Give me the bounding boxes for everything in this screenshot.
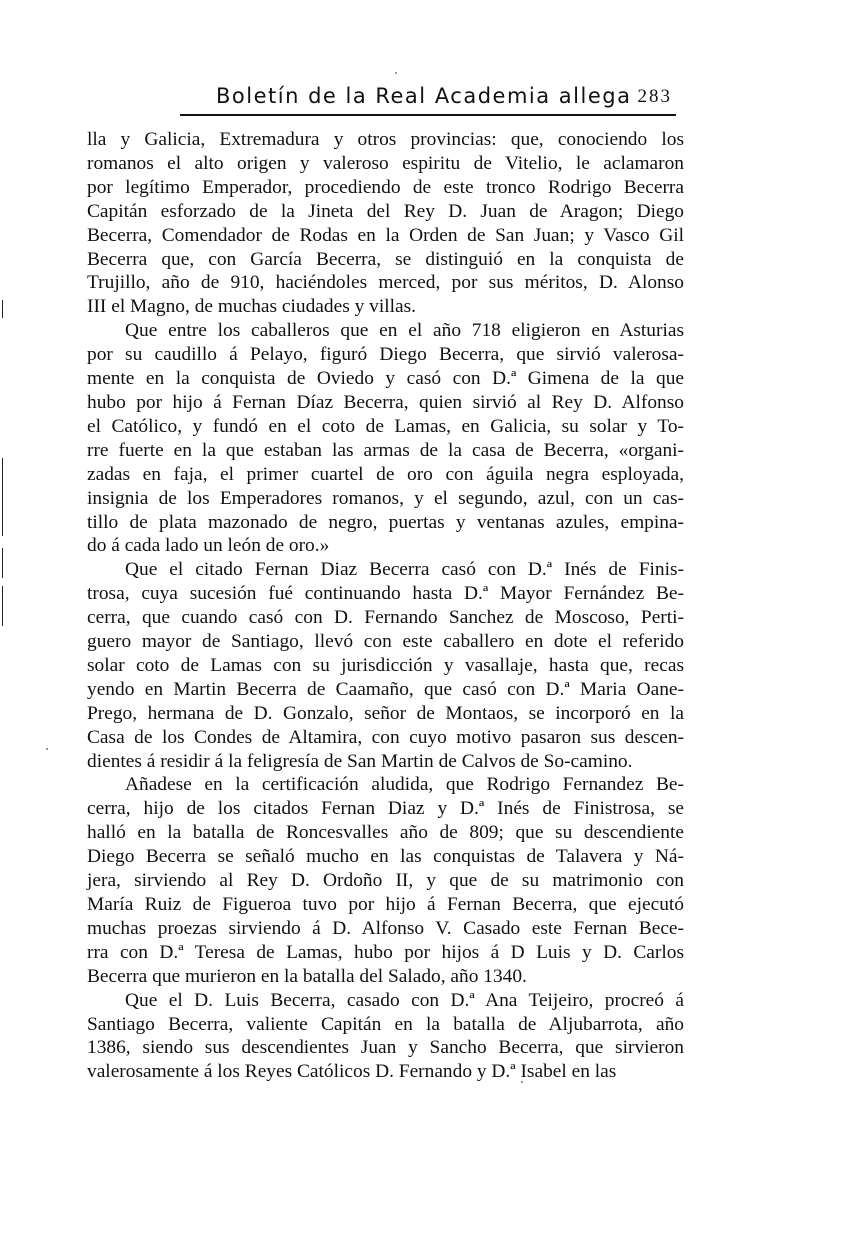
text-line: III el Magno, de muchas ciudades y villa… [87,295,684,319]
text-line: rra con D.ª Teresa de Lamas, hubo por hi… [87,941,684,965]
paragraph: Añadese en la certificación aludida, que… [87,773,684,988]
text-line: Que el citado Fernan Diaz Becerra casó c… [87,558,684,582]
page-header: Boletín de la Real Academia allega 283 [180,80,676,116]
text-line: Capitán esforzado de la Jineta del Rey D… [87,200,684,224]
speck [395,72,397,74]
speck [521,1081,523,1083]
text-line: Añadese en la certificación aludida, que… [87,773,684,797]
text-line: 1386, siendo sus descendientes Juan y Sa… [87,1036,684,1060]
paragraph: Que el D. Luis Becerra, casado con D.ª A… [87,989,684,1085]
text-line: solar coto de Lamas con su jurisdicción … [87,654,684,678]
text-line: Becerra, Comendador de Rodas en la Orden… [87,224,684,248]
text-line: zadas en faja, el primer cuartel de oro … [87,463,684,487]
text-line: Becerra que murieron en la batalla del S… [87,965,684,989]
text-line: muchas proezas sirviendo á D. Alfonso V.… [87,917,684,941]
scan-edge-mark [2,458,3,536]
paragraph: lla y Galicia, Extremadura y otros provi… [87,128,684,319]
text-line: mente en la conquista de Oviedo y casó c… [87,367,684,391]
body-text: lla y Galicia, Extremadura y otros provi… [87,128,684,1084]
text-line: cerra, hijo de los citados Fernan Diaz y… [87,797,684,821]
text-line: do á cada lado un león de oro.» [87,534,684,558]
paragraph: Que el citado Fernan Diaz Becerra casó c… [87,558,684,773]
text-line: Trujillo, año de 910, haciéndoles merced… [87,271,684,295]
running-title: Boletín de la Real Academia allega [216,84,631,108]
text-line: cerra, que cuando casó con D. Fernando S… [87,606,684,630]
text-line: Que el D. Luis Becerra, casado con D.ª A… [87,989,684,1013]
text-line: romanos el alto origen y valeroso espiri… [87,152,684,176]
text-line: guero mayor de Santiago, llevó con este … [87,630,684,654]
speck [46,748,48,750]
text-line: trosa, cuya sucesión fué continuando has… [87,582,684,606]
text-line: lla y Galicia, Extremadura y otros provi… [87,128,684,152]
text-line: hubo por hijo á Fernan Díaz Becerra, qui… [87,391,684,415]
text-line: Prego, hermana de D. Gonzalo, señor de M… [87,702,684,726]
text-line: yendo en Martin Becerra de Caamaño, que … [87,678,684,702]
text-line: por su caudillo á Pelayo, figuró Diego B… [87,343,684,367]
text-line: María Ruiz de Figueroa tuvo por hijo á F… [87,893,684,917]
paragraph: Que entre los caballeros que en el año 7… [87,319,684,558]
text-line: halló en la batalla de Roncesvalles año … [87,821,684,845]
scan-edge-mark [2,548,3,578]
text-line: dientes á residir á la feligresía de San… [87,750,684,774]
text-line: Becerra que, con García Becerra, se dist… [87,248,684,272]
text-line: insignia de los Emperadores romanos, y e… [87,487,684,511]
text-line: tillo de plata mazonado de negro, puerta… [87,511,684,535]
text-line: jera, sirviendo al Rey D. Ordoño II, y q… [87,869,684,893]
scan-edge-mark [2,300,3,318]
page-number: 283 [638,86,673,108]
scan-edge-mark [2,586,3,626]
text-line: Diego Becerra se señaló mucho en las con… [87,845,684,869]
text-line: Casa de los Condes de Altamira, con cuyo… [87,726,684,750]
text-line: valerosamente á los Reyes Católicos D. F… [87,1060,684,1084]
text-line: el Católico, y fundó en el coto de Lamas… [87,415,684,439]
text-line: Santiago Becerra, valiente Capitán en la… [87,1013,684,1037]
text-line: rre fuerte en la que estaban las armas d… [87,439,684,463]
text-line: por legítimo Emperador, procediendo de e… [87,176,684,200]
text-line: Que entre los caballeros que en el año 7… [87,319,684,343]
